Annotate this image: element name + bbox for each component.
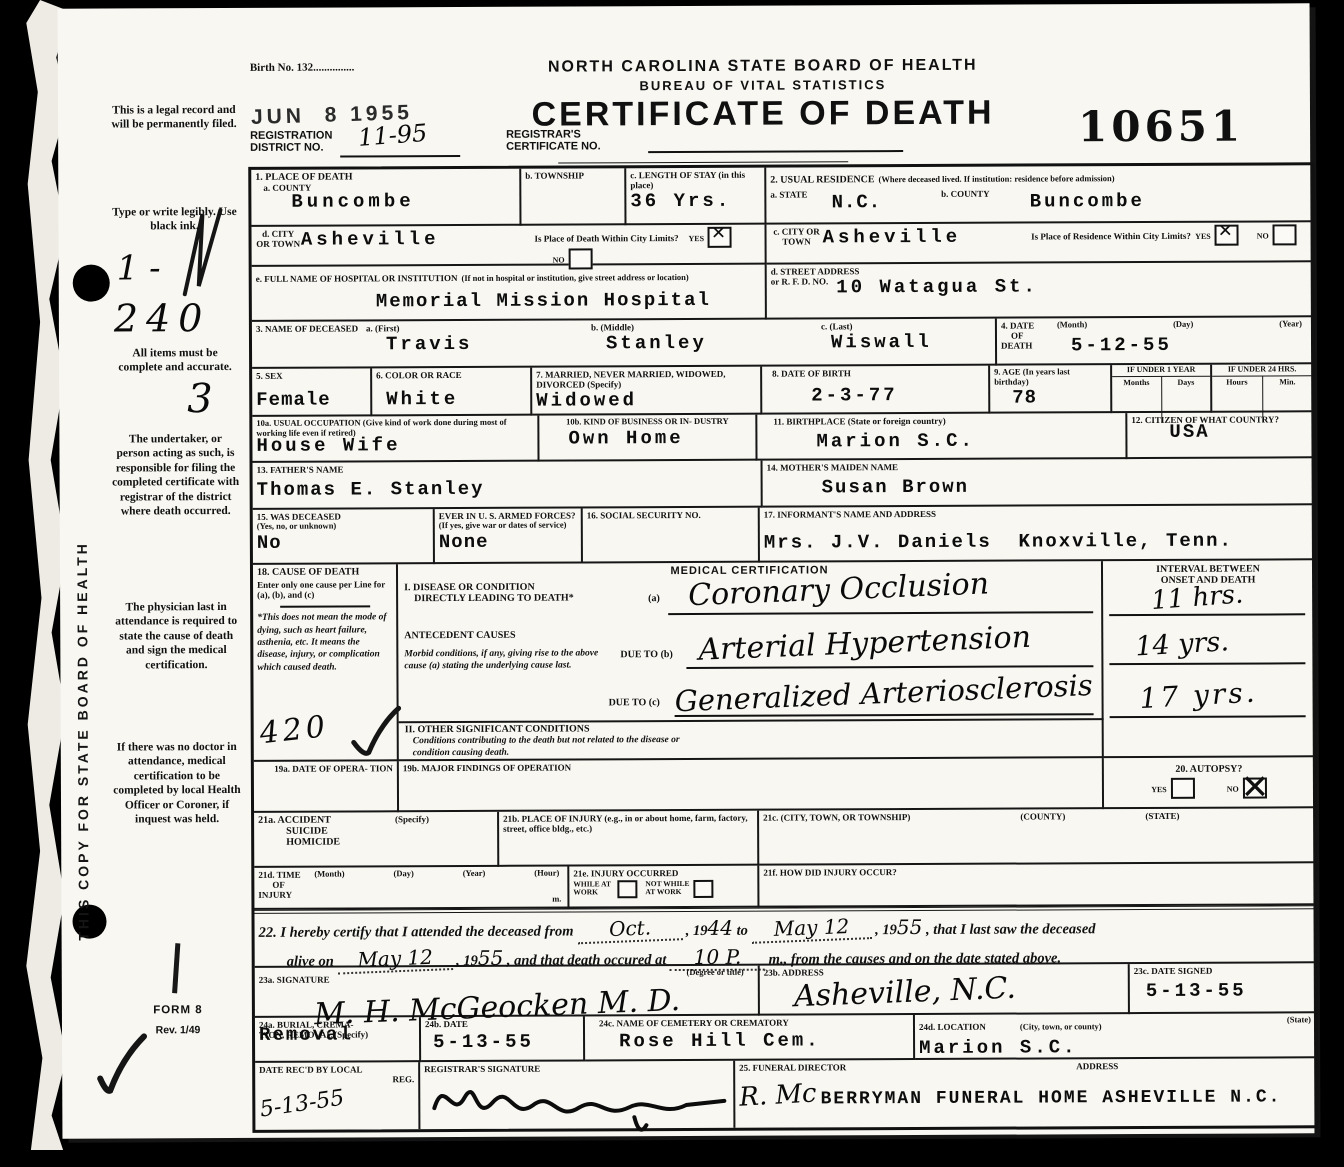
medical-certification-block: MEDICAL CERTIFICATION I. DISEASE OR COND… (398, 561, 1104, 761)
autopsy-no-checkbox: ✕ (1243, 778, 1267, 799)
date-of-birth-label: 8. DATE OF BIRTH (772, 368, 984, 379)
injury-year-label: (Year) (463, 869, 486, 899)
burial-location-state-label: (State) (1287, 1015, 1311, 1033)
field-cemetery: 24c. NAME OF CEMETERY OR CREMATORY Rose … (585, 1015, 915, 1061)
cemetery-value: Rose Hill Cem. (619, 1029, 909, 1052)
due-to-c-value: Generalized Arteriosclerosis (674, 668, 1093, 718)
registration-district-line (340, 155, 460, 158)
registrar-signature-handwriting (424, 1067, 754, 1126)
signature-label: 23a. SIGNATURE (259, 975, 330, 985)
field-kind-of-business: 10b. KIND OF BUSINESS OR IN- DUSTRY Own … (539, 415, 757, 462)
burial-location-paren: (City, town, or county) (1020, 1021, 1102, 1031)
mothers-maiden-name-value: Susan Brown (822, 474, 1309, 498)
interval-line-c (1110, 715, 1306, 718)
field-informant: 17. INFORMANT'S NAME AND ADDRESS Mrs. J.… (760, 505, 1313, 562)
field-funeral-director: 25. FUNERAL DIRECTOR ADDRESS R. Mc BERRY… (735, 1058, 1315, 1128)
field-injury-city: 21c. (CITY, TOWN, OR TOWNSHIP) (COUNTY) … (759, 808, 1314, 865)
interval-a-value: 11 hrs. (1150, 579, 1244, 616)
birth-no: Birth No. 132............... (250, 61, 355, 74)
accident-specify-label: (Specify) (395, 814, 429, 848)
board-title: NORTH CAROLINA STATE BOARD OF HEALTH (448, 56, 1078, 77)
field-date-of-birth: 8. DATE OF BIRTH 2-3-77 (762, 366, 990, 415)
street-address-label-2: or R. F. D. NO. (771, 276, 829, 298)
margin-handwritten-240: 240 (114, 296, 211, 340)
cause-of-death-handwritten-code: 420 (258, 709, 331, 751)
informant-label: 17. INFORMANT'S NAME AND ADDRESS (764, 507, 1309, 519)
death-limits-no-label: NO (553, 256, 565, 265)
registrar-certificate-no: REGISTRAR'S CERTIFICATE NO. (506, 128, 601, 153)
date-received-label-1: DATE REC'D BY LOCAL (259, 1064, 414, 1075)
color-or-race-label: 6. COLOR OR RACE (376, 370, 526, 381)
under-24-hrs-label: IF UNDER 24 HRS. (1212, 364, 1312, 376)
autopsy-yes-checkbox (1171, 778, 1195, 799)
not-while-at-work-checkbox (693, 880, 713, 898)
certificate-form: 1. PLACE OF DEATH a. COUNTY Buncombe b. … (248, 162, 1318, 1133)
field-social-security-no: 16. SOCIAL SECURITY NO. (583, 508, 760, 564)
cert-to-date: May 12 (751, 913, 872, 944)
x-mark-icon: ✕ (1218, 223, 1233, 241)
punch-hole-top (73, 265, 110, 302)
interval-line-b (1109, 662, 1305, 665)
form-number: FORM 8 (114, 1003, 242, 1018)
last-name-value: Wiswall (831, 331, 991, 354)
autopsy-no-label: NO (1227, 785, 1239, 794)
date-of-birth-value: 2-3-77 (811, 384, 984, 407)
field-injury-occurred: 21e. INJURY OCCURRED WHILE AT WORK NOT W… (569, 866, 759, 909)
injury-city-label: 21c. (CITY, TOWN, OR TOWNSHIP) (763, 812, 910, 823)
while-at-work-checkbox (617, 880, 637, 898)
how-injury-occurred-label: 21f. HOW DID INJURY OCCUR? (763, 865, 1310, 877)
field-date-of-operation: 19a. DATE OF OPERA- TION (254, 761, 399, 813)
age-label: 9. AGE (In years last birthday) (994, 367, 1106, 387)
field-armed-forces: 15. WAS DECEASED (Yes, no, or unknown) N… (253, 509, 435, 565)
field-usual-occupation: 10a. USUAL OCCUPATION (Give kind of work… (252, 416, 539, 463)
registration-district-value: 11-95 (357, 119, 428, 152)
street-address-value: 10 Watagua St. (836, 276, 1038, 299)
field-death-city: d. CITY OR TOWN Asheville Is Place of De… (251, 225, 766, 267)
date-signed-value: 5-13-55 (1146, 979, 1311, 1002)
field-age: 9. AGE (In years last birthday) 78 (990, 365, 1112, 414)
burial-location-label: 24d. LOCATION (919, 1022, 986, 1032)
residence-limits-no-label: NO (1257, 232, 1269, 241)
usual-occupation-value: House Wife (256, 434, 533, 457)
degree-or-title-label: (Degree or title) (686, 968, 743, 978)
residence-city-value: Asheville (822, 226, 961, 249)
field-physician-signature: 23a. SIGNATURE (Degree or title) M. H. M… (255, 966, 760, 1018)
margin-note-physician: The physician last in attendance is requ… (112, 600, 240, 672)
field-length-of-stay: c. LENGTH OF STAY (in this place) 36 Yrs… (626, 168, 766, 226)
while-at-work-label: WHILE AT WORK (573, 880, 617, 898)
cause-of-death-label: 18. CAUSE OF DEATH (257, 566, 392, 578)
usual-residence-paren: (Where deceased lived. If institution: r… (878, 173, 1114, 184)
month-label: (Month) (1057, 320, 1087, 330)
field-township: b. TOWNSHIP (521, 168, 626, 225)
field-burial-type: 24a. BURIAL, CREMA- TION, REMOVAL (Speci… (255, 1017, 421, 1063)
residence-city-label: c. CITY OR TOWN (770, 226, 822, 248)
death-city-label: d. CITY OR TOWN (256, 229, 301, 271)
armed-forces-paren-2: (If yes, give war or dates of service) (439, 521, 577, 531)
margin-note-legal: This is a legal record and will be perma… (110, 103, 238, 132)
field-if-under-24-hrs: IF UNDER 24 HRS. Hours Min. (1212, 364, 1312, 412)
day-label: (Day) (1173, 320, 1193, 330)
cert-from-year: 44 (707, 916, 733, 940)
certificate-paper: This is a legal record and will be perma… (58, 3, 1315, 1138)
field-burial-date: 24b. DATE 5-13-55 (421, 1016, 585, 1062)
field-armed-forces-service: EVER IN U. S. ARMED FORCES? (If yes, giv… (435, 508, 583, 564)
margin-note-all-items: All items must be complete and accurate. (111, 346, 239, 375)
usual-residence-label: 2. USUAL RESIDENCE (770, 174, 874, 185)
birthplace-label: 11. BIRTHPLACE (State or foreign country… (773, 415, 1121, 427)
township-label: b. TOWNSHIP (525, 170, 620, 180)
margin-note-no-doctor: If there was no doctor in attendance, me… (113, 740, 241, 827)
registrar-certificate-line-2 (558, 161, 848, 163)
kind-of-business-label: 10b. KIND OF BUSINESS OR IN- DUSTRY (543, 417, 751, 427)
registrar-certificate-l2: CERTIFICATE NO. (506, 141, 601, 154)
burial-date-label: 24b. DATE (425, 1018, 579, 1029)
cert-to: to (737, 923, 748, 939)
cert-text-1: 22. I hereby certify that I attended the… (259, 923, 574, 940)
field-place-of-injury: 21b. PLACE OF INJURY (e.g., in or about … (499, 811, 759, 867)
certificate-serial-number: 10651 (1078, 102, 1244, 152)
autopsy-yes-label: YES (1151, 785, 1167, 794)
first-name-value: Travis (386, 332, 591, 355)
accident-label: 21a. ACCIDENT SUICIDE HOMICIDE (258, 815, 340, 849)
date-of-death-value: 5-12-55 (1071, 333, 1308, 356)
scanned-death-certificate: { "common": {"yes":"YES","no":"NO","x":"… (0, 0, 1344, 1167)
county-value: Buncombe (291, 190, 515, 213)
disease-a-line (668, 611, 1093, 615)
field-accident-suicide-homicide: 21a. ACCIDENT SUICIDE HOMICIDE (Specify) (254, 812, 499, 868)
hospital-label: e. FULL NAME OF HOSPITAL OR INSTITUTION (256, 273, 458, 284)
field-date-of-death: 4. DATEOFDEATH (Month) (Day) (Year) 5-12… (997, 317, 1312, 365)
disease-condition-label: I. DISEASE OR CONDITION DIRECTLY LEADING… (404, 581, 574, 604)
date-signed-label: 23c. DATE SIGNED (1134, 965, 1311, 976)
burial-location-value: Marion S.C. (919, 1035, 1311, 1059)
injury-month-label: (Month) (314, 869, 344, 899)
field-sex: 5. SEX Female (252, 368, 372, 417)
field-hospital: e. FULL NAME OF HOSPITAL OR INSTITUTION … (252, 265, 767, 322)
not-while-at-work-label: NOT WHILE AT WORK (645, 880, 693, 898)
margin-pen-stroke (172, 943, 180, 993)
field-marital-status: 7. MARRIED, NEVER MARRIED, WIDOWED, DIVO… (532, 367, 762, 416)
birthplace-value: Marion S.C. (816, 429, 1121, 452)
birth-no-label: Birth No. 132 (250, 62, 313, 74)
field-date-received: DATE REC'D BY LOCAL REG. 5-13-55 (255, 1062, 420, 1130)
field-registrar-signature: REGISTRAR'S SIGNATURE (420, 1061, 735, 1129)
date-of-death-label: 4. DATEOFDEATH (1001, 320, 1051, 356)
field-autopsy: 20. AUTOPSY? YES NO ✕ (1104, 757, 1314, 809)
other-conditions-divider (399, 718, 1104, 723)
sex-label: 5. SEX (256, 370, 366, 381)
kind-of-business-value: Own Home (568, 426, 751, 449)
field-birthplace: 11. BIRTHPLACE (State or foreign country… (757, 413, 1127, 461)
time-of-injury-label: 21d. TIMEOFINJURY (258, 870, 310, 900)
margin-bottom-check-icon (92, 1030, 162, 1100)
registrar-certificate-line (648, 150, 903, 153)
informant-value: Mrs. J.V. Daniels Knoxville, Tenn. (764, 529, 1309, 553)
field-date-signed: 23c. DATE SIGNED 5-13-55 (1130, 963, 1315, 1014)
funeral-director-label: 25. FUNERAL DIRECTOR (739, 1062, 846, 1073)
margin-check-mark-icon (178, 206, 224, 298)
field-fathers-name: 13. FATHER'S NAME Thomas E. Stanley (253, 461, 763, 510)
interval-c-value: 17 yrs. (1139, 675, 1259, 715)
due-to-c-label: DUE TO (c) (609, 697, 660, 708)
length-of-stay-label: c. LENGTH OF STAY (in this place) (630, 170, 760, 191)
interval-line-a (1109, 613, 1305, 616)
hospital-value: Memorial Mission Hospital (376, 289, 761, 313)
cause-of-death-check-icon (349, 704, 404, 759)
residence-limits-question: Is Place of Residence Within City Limits… (1031, 231, 1191, 242)
residence-county-label: b. COUNTY (941, 189, 990, 213)
hospital-paren: (If not in hospital or institution, give… (461, 272, 688, 283)
residence-limits-no-checkbox (1273, 224, 1297, 245)
field-residence-city: c. CITY OR TOWN Asheville Is Place of Re… (766, 222, 1311, 264)
morbid-conditions-note: Morbid conditions, if any, giving rise t… (404, 647, 604, 673)
death-limits-yes-label: YES (688, 234, 704, 243)
place-of-injury-label: 21b. PLACE OF INJURY (e.g., in or about … (503, 813, 753, 834)
margin-note-undertaker: The undertaker, or person acting as such… (111, 432, 239, 519)
residence-county-value: Buncombe (1030, 190, 1145, 213)
field-place-of-death: 1. PLACE OF DEATH a. COUNTY Buncombe (251, 169, 521, 227)
field-cause-of-death: 18. CAUSE OF DEATH Enter only one cause … (253, 564, 399, 762)
armed-forces-value-2: None (439, 530, 577, 553)
interval-column: INTERVAL BETWEENONSET AND DEATH 11 hrs. … (1103, 560, 1314, 758)
registrar-certificate-l1: REGISTRAR'S (506, 128, 601, 141)
registration-district-l2: DISTRICT NO. (250, 142, 332, 155)
color-or-race-value: White (386, 388, 526, 411)
mothers-maiden-name-label: 14. MOTHER'S MAIDEN NAME (767, 460, 1309, 472)
funeral-director-value: BERRYMAN FUNERAL HOME ASHEVILLE N.C. (821, 1087, 1282, 1109)
other-significant-conditions-sub: Conditions contributing to the death but… (413, 735, 713, 760)
cert-from-month: Oct. (577, 914, 683, 944)
x-mark-icon: ✕ (711, 225, 726, 243)
injury-occurred-label: 21e. INJURY OCCURRED (573, 868, 753, 879)
cause-of-death-sub: Enter only one cause per Line for (a), (… (257, 579, 392, 600)
antecedent-causes-label: ANTECEDENT CAUSES (404, 630, 515, 642)
burial-date-value: 5-13-55 (433, 1031, 579, 1054)
residence-state-label: a. STATE (770, 189, 807, 213)
due-to-b-label: DUE TO (b) (620, 649, 672, 660)
cause-of-death-rule (280, 606, 370, 608)
sex-value: Female (256, 388, 366, 410)
due-to-b-value: Arterial Hypertension (698, 620, 1032, 668)
middle-name-value: Stanley (606, 331, 821, 354)
funeral-director-hand-prefix: R. Mc (739, 1079, 818, 1113)
field-street-address: d. STREET ADDRESS or R. F. D. NO. 10 Wat… (767, 262, 1312, 319)
residence-limits-yes-checkbox: ✕ (1215, 225, 1239, 246)
birth-no-dots: ............... (313, 61, 354, 73)
length-of-stay-value: 36 Yrs. (630, 190, 760, 213)
injury-day-label: (Day) (393, 869, 413, 899)
field-citizenship: 12. CITIZEN OF WHAT COUNTRY? USA (1127, 412, 1312, 459)
field-major-findings: 19b. MAJOR FINDINGS OF OPERATION (399, 758, 1104, 812)
residence-state-value: N.C. (832, 191, 882, 213)
bureau-title: BUREAU OF VITAL STATISTICS (448, 76, 1078, 94)
field-certification-statement: 22. I hereby certify that I attended the… (254, 905, 1314, 968)
year-label: (Year) (1279, 319, 1302, 329)
marital-status-value: Widowed (536, 389, 756, 412)
interval-b-value: 14 yrs. (1135, 626, 1230, 662)
field-how-injury-occurred: 21f. HOW DID INJURY OCCUR? (759, 863, 1314, 907)
other-significant-conditions-label: II. OTHER SIGNIFICANT CONDITIONS (405, 723, 590, 735)
date-of-operation-label: 19a. DATE OF OPERA- TION (258, 763, 393, 774)
field-if-under-1-year: IF UNDER 1 YEAR Months Days (1112, 365, 1212, 413)
death-city-value: Asheville (301, 228, 440, 271)
field-mothers-maiden-name: 14. MOTHER'S MAIDEN NAME Susan Brown (763, 458, 1313, 507)
margin-handwritten-3: 3 (187, 376, 213, 422)
field-color-or-race: 6. COLOR OR RACE White (372, 368, 532, 417)
cert-to-year: 55 (897, 915, 923, 939)
cert-text-2: , that I last saw the deceased (926, 921, 1096, 938)
margin-handwritten-one: 1 - (117, 248, 161, 288)
death-limits-yes-checkbox: ✕ (708, 227, 732, 248)
field-usual-residence: 2. USUAL RESIDENCE (Where deceased lived… (766, 165, 1311, 224)
disease-a-tag: (a) (648, 593, 660, 604)
field-burial-location: 24d. LOCATION (City, town, or county) (S… (915, 1013, 1315, 1060)
injury-county-label: (COUNTY) (1020, 811, 1065, 821)
major-findings-label: 19b. MAJOR FINDINGS OF OPERATION (403, 760, 1098, 773)
cert-19-a: , 19 (686, 923, 708, 939)
registration-district-l1: REGISTRATION (250, 130, 332, 143)
age-value: 78 (1012, 386, 1106, 408)
fathers-name-label: 13. FATHER'S NAME (257, 463, 757, 475)
margin-vertical-copy-label: THIS COPY FOR STATE BOARD OF HEALTH (73, 441, 91, 941)
death-limits-question: Is Place of Death Within City Limits? (534, 233, 684, 244)
funeral-director-address-label: ADDRESS (1076, 1061, 1118, 1071)
marital-status-label: 7. MARRIED, NEVER MARRIED, WIDOWED, DIVO… (536, 369, 756, 390)
cemetery-label: 24c. NAME OF CEMETERY OR CREMATORY (599, 1017, 909, 1028)
header-titles: NORTH CAROLINA STATE BOARD OF HEALTH BUR… (448, 56, 1078, 135)
injury-state-label: (STATE) (1145, 811, 1179, 821)
under-1-year-label: IF UNDER 1 YEAR (1112, 365, 1210, 377)
field-physician-address: 23b. ADDRESS Asheville, N.C. (760, 964, 1130, 1016)
armed-forces-value-1: No (257, 531, 429, 554)
fathers-name-value: Thomas E. Stanley (257, 477, 757, 501)
injury-meridiem-label: m. (552, 895, 561, 905)
autopsy-label: 20. AUTOPSY? (1108, 763, 1310, 775)
name-of-deceased-label: 3. NAME OF DECEASED (256, 323, 366, 356)
cert-19-b: , 19 (875, 922, 897, 938)
residence-limits-yes-label: YES (1195, 232, 1211, 241)
registration-district: REGISTRATION DISTRICT NO. (250, 130, 332, 155)
cause-of-death-note: *This does not mean the mode of dying, s… (257, 612, 392, 674)
social-security-label: 16. SOCIAL SECURITY NO. (587, 510, 754, 521)
burial-value: Removal (259, 1023, 415, 1046)
x-mark-icon: ✕ (1241, 771, 1270, 805)
field-time-of-injury: 21d. TIMEOFINJURY (Month) (Day) (Year) (… (254, 867, 569, 910)
field-name-of-deceased: 3. NAME OF DECEASED a. (First) Travis b.… (252, 319, 997, 369)
